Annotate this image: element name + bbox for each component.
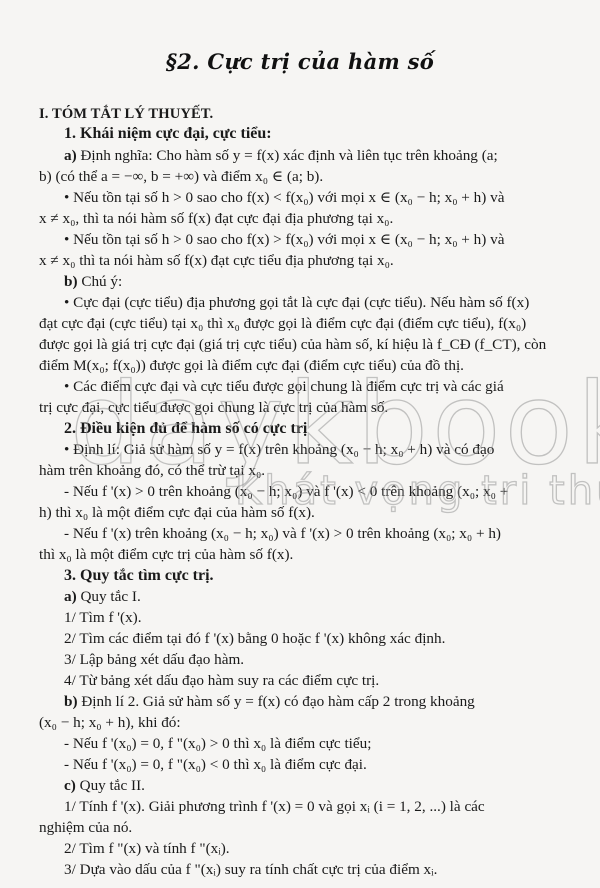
theorem2-line-1: b) Định lí 2. Giả sử hàm số y = f(x) có … [64, 692, 593, 712]
theorem-case2-line-2: thì x₀ là một điểm cực trị của hàm số f(… [39, 545, 593, 565]
bullet-max-line-2: x ≠ x₀, thì ta nói hàm số f(x) đạt cực đ… [39, 209, 593, 229]
note1-line-1: • Cực đại (cực tiểu) địa phương gọi tắt … [64, 293, 593, 313]
bullet-min-line-1: • Nếu tồn tại số h > 0 sao cho f(x) > f(… [64, 230, 593, 250]
rule1-step-4: 4/ Từ bảng xét dấu đạo hàm suy ra các đi… [64, 671, 593, 691]
bullet-min-line-2: x ≠ x₀ thì ta nói hàm số f(x) đạt cực ti… [39, 251, 593, 271]
section-heading: I. TÓM TẮT LÝ THUYẾT. [39, 104, 593, 124]
label-b: b) [64, 693, 78, 710]
document-page: §2. Cực trị của hàm số I. TÓM TẮT LÝ THU… [0, 0, 600, 888]
label-b: b) [64, 273, 78, 290]
label-a: a) [64, 588, 77, 605]
rule1-step-3: 3/ Lập bảng xét dấu đạo hàm. [64, 650, 593, 670]
page-title: §2. Cực trị của hàm số [0, 49, 600, 74]
rule2-step-2: 2/ Tìm f "(x) và tính f "(xᵢ). [64, 839, 593, 859]
subsection-heading-2: 2. Điều kiện đủ để hàm số có cực trị [64, 419, 593, 439]
note1-line-3: được gọi là giá trị cực đại (giá trị cực… [39, 335, 593, 355]
rule2-step1-line-1: 1/ Tính f '(x). Giải phương trình f '(x)… [64, 797, 593, 817]
note2-line-2: trị cực đại, cực tiểu được gọi chung là … [39, 398, 593, 418]
theorem2-case-1: - Nếu f '(x₀) = 0, f "(x₀) > 0 thì x₀ là… [64, 734, 593, 754]
rule1-step-1: 1/ Tìm f '(x). [64, 608, 593, 628]
label-c: c) [64, 777, 76, 794]
theorem2-line-2: (x₀ − h; x₀ + h), khi đó: [39, 713, 593, 733]
theorem-line-1: • Định lí: Giả sử hàm số y = f(x) trên k… [64, 440, 593, 460]
note-heading: b) Chú ý: [64, 272, 593, 292]
rule1-step-2: 2/ Tìm các điểm tại đó f '(x) bằng 0 hoặ… [64, 629, 593, 649]
note1-line-4: điểm M(x₀; f(x₀)) được gọi là điểm cực đ… [39, 356, 593, 376]
subsection-heading-1: 1. Khái niệm cực đại, cực tiểu: [64, 124, 593, 144]
theorem-case1-line-2: h) thì x₀ là một điểm cực đại của hàm số… [39, 503, 593, 523]
rule2-step-3: 3/ Dựa vào dấu của f "(xᵢ) suy ra tính c… [64, 860, 593, 880]
rule2-step1-line-2: nghiệm của nó. [39, 818, 593, 838]
definition-line-1: a) Định nghĩa: Cho hàm số y = f(x) xác đ… [64, 146, 593, 166]
rule2-heading: c) Quy tắc II. [64, 776, 593, 796]
theorem2-case-2: - Nếu f '(x₀) = 0, f "(x₀) < 0 thì x₀ là… [64, 755, 593, 775]
rule1-heading: a) Quy tắc I. [64, 587, 593, 607]
label-a: a) [64, 147, 77, 164]
theorem-case2-line-1: - Nếu f '(x) trên khoảng (x₀ − h; x₀) và… [64, 524, 593, 544]
theorem-case1-line-1: - Nếu f '(x) > 0 trên khoảng (x₀ − h; x₀… [64, 482, 593, 502]
note1-line-2: đạt cực đại (cực tiểu) tại x₀ thì x₀ đượ… [39, 314, 593, 334]
theorem-line-2: hàm trên khoảng đó, có thể trừ tại x₀. [39, 461, 593, 481]
note2-line-1: • Các điểm cực đại và cực tiểu được gọi … [64, 377, 593, 397]
bullet-max-line-1: • Nếu tồn tại số h > 0 sao cho f(x) < f(… [64, 188, 593, 208]
definition-line-2: b) (có thể a = −∞, b = +∞) và điểm x₀ ∈ … [39, 167, 593, 187]
subsection-heading-3: 3. Quy tắc tìm cực trị. [64, 566, 593, 586]
